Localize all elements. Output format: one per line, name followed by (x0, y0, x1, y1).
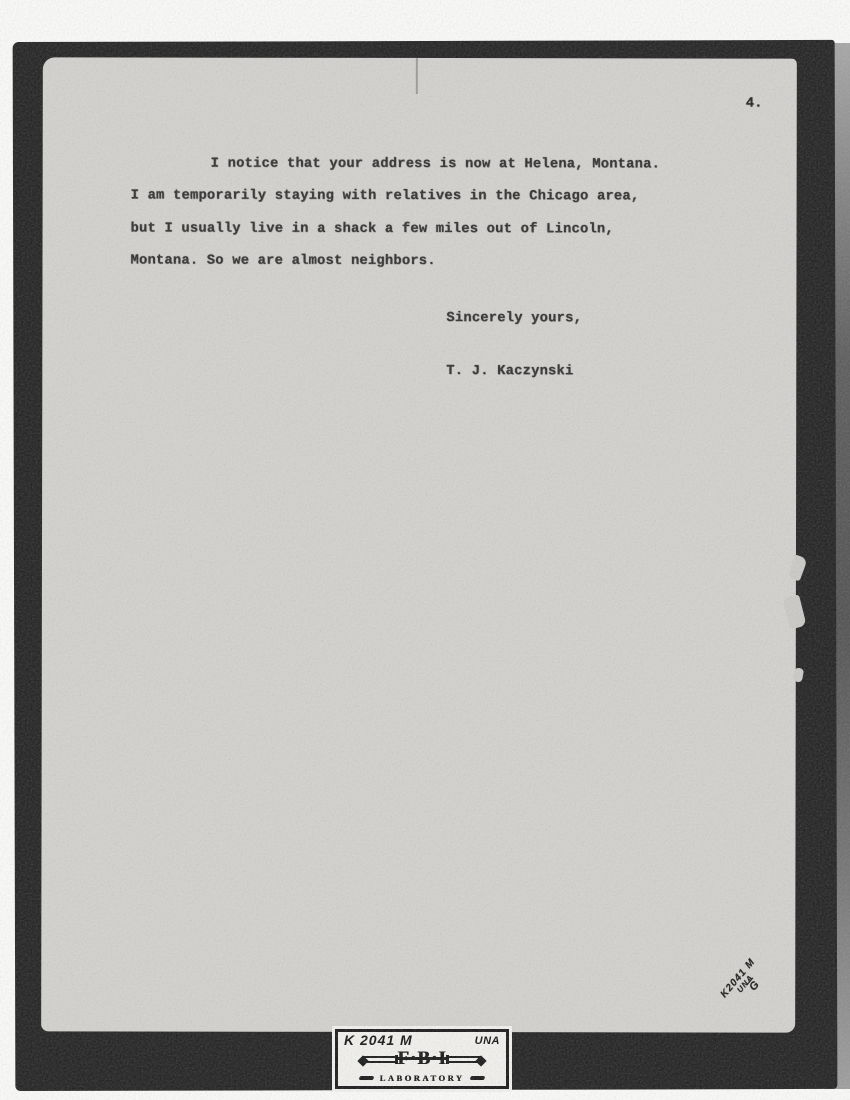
letter-body-line: I notice that your address is now at Hel… (211, 157, 660, 173)
letter-paper: 4. I notice that your address is now at … (41, 57, 797, 1032)
fbi-lab-label-border: K 2041 M UNA F·B·I LABORATORY (335, 1029, 509, 1089)
laboratory-text: LABORATORY (380, 1073, 465, 1083)
stamp-rule-right-icon (448, 1056, 481, 1063)
handwritten-annotation: K2041 M UNA G (719, 957, 770, 1011)
letter-body-line: but I usually live in a shack a few mile… (131, 221, 614, 237)
label-specimen-id: K 2041 M (344, 1033, 413, 1048)
stamp-tick-left-icon (357, 1076, 375, 1080)
fold-mark (416, 58, 418, 94)
fbi-logo-text: F·B·I (397, 1048, 446, 1070)
letter-body-line: Montana. So we are almost neighbors. (130, 253, 435, 269)
label-case-code: UNA (475, 1034, 500, 1049)
letter-closing: Sincerely yours, (446, 311, 582, 326)
scanned-letter-page: 4. I notice that your address is now at … (0, 0, 850, 1100)
laboratory-row: LABORATORY (344, 1073, 500, 1083)
fbi-logo: F·B·I (344, 1049, 500, 1071)
stamp-tick-right-icon (469, 1076, 487, 1080)
page-number: 4. (746, 96, 763, 112)
fbi-lab-label: K 2041 M UNA F·B·I LABORATORY (332, 1026, 512, 1092)
stamp-rule-left-icon (363, 1056, 396, 1063)
letter-signature: T. J. Kaczynski (446, 364, 573, 379)
letter-body-line: I am temporarily staying with relatives … (131, 188, 640, 204)
